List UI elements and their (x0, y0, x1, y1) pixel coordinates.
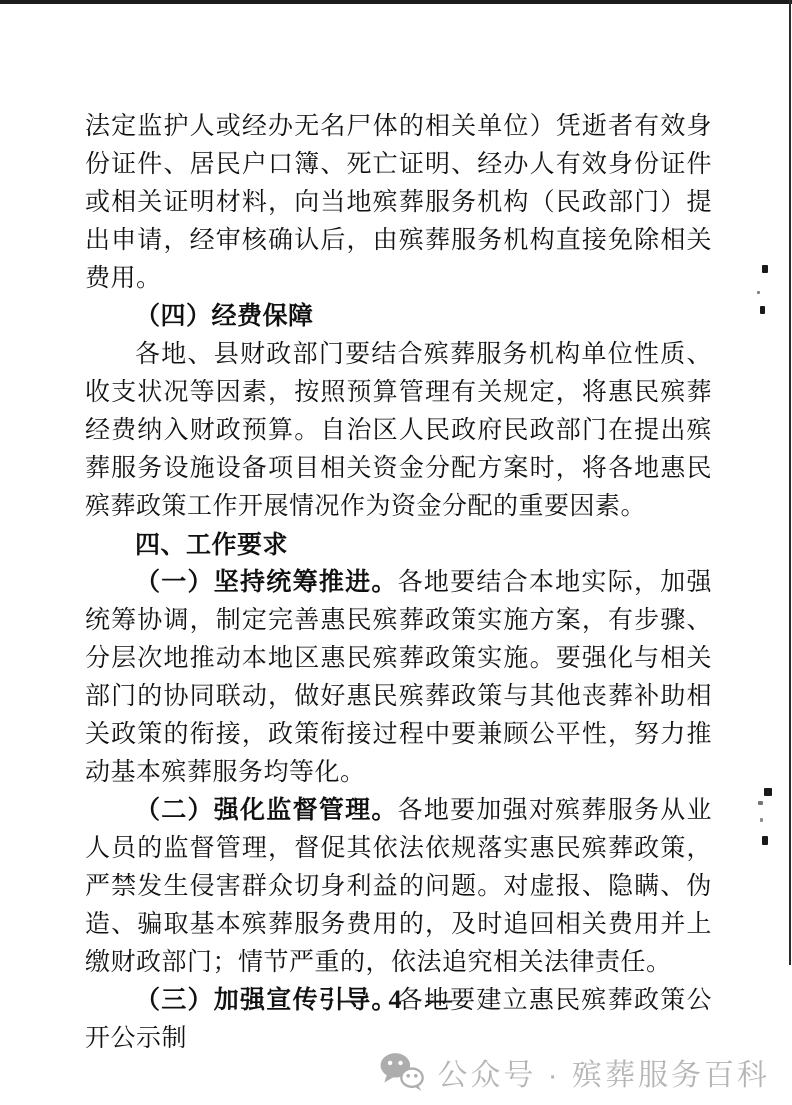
paragraph-lead: （二）强化监督管理。 (135, 797, 398, 824)
paragraph: 法定监护人或经办无名尸体的相关单位）凭逝者有效身份证件、居民户口簿、死亡证明、经… (85, 108, 712, 298)
paragraphs: 法定监护人或经办无名尸体的相关单位）凭逝者有效身份证件、居民户口簿、死亡证明、经… (85, 108, 712, 1058)
paragraph-lead: （一）坚持统筹推进。 (135, 569, 398, 596)
ink-speck (760, 818, 763, 822)
page-number: — 4 — (0, 985, 792, 1015)
footer-watermark: 公众号 · 殡葬服务百科 (379, 1050, 770, 1094)
paragraph: （二）强化监督管理。各地要加强对殡葬服务从业人员的监督管理，督促其依法依规落实惠… (85, 792, 712, 982)
document-content: 法定监护人或经办无名尸体的相关单位）凭逝者有效身份证件、居民户口簿、死亡证明、经… (85, 108, 712, 1058)
paragraph: 各地、县财政部门要结合殡葬服务机构单位性质、收支状况等因素，按照预算管理有关规定… (85, 336, 712, 526)
ink-speck (762, 836, 768, 845)
section-heading: 四、工作要求 (85, 526, 712, 564)
scan-artifact-right-edge-line (789, 0, 791, 965)
ink-speck (760, 306, 765, 314)
ink-speck (762, 265, 768, 273)
section-heading: （四）经费保障 (85, 298, 712, 336)
document-page: 法定监护人或经办无名尸体的相关单位）凭逝者有效身份证件、居民户口簿、死亡证明、经… (0, 0, 792, 1105)
wechat-icon (379, 1052, 425, 1092)
wechat-account-label: 公众号 · 殡葬服务百科 (437, 1050, 770, 1094)
scan-artifact-top-strip (0, 0, 792, 4)
ink-speck (757, 291, 760, 294)
ink-speck (764, 788, 772, 796)
ink-speck (758, 801, 763, 805)
paragraph: （一）坚持统筹推进。各地要结合本地实际，加强统筹协调，制定完善惠民殡葬政策实施方… (85, 564, 712, 792)
